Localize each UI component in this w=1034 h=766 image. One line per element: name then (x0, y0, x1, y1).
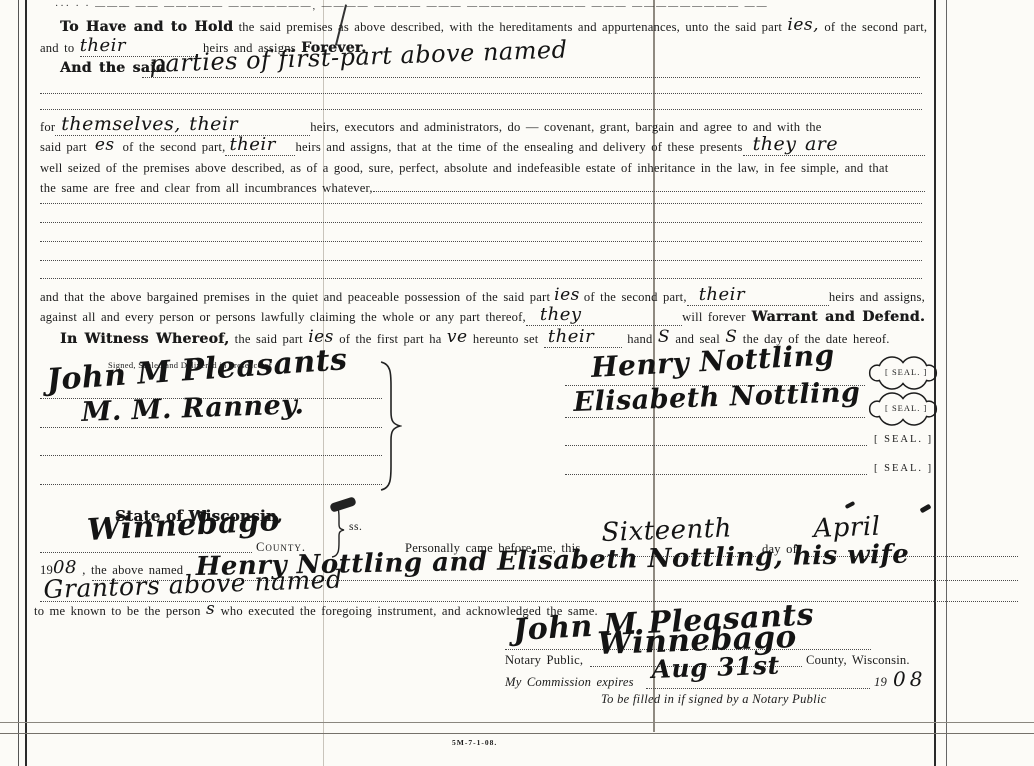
seal-label-3: [ SEAL. ] (874, 434, 933, 445)
hereunto-set-text: hereunto set (473, 332, 539, 346)
dotted-line (40, 600, 1018, 602)
notary-public-text: Notary Public, (505, 652, 583, 668)
notary-note-text: To be filled in if signed by a Notary Pu… (601, 692, 827, 707)
dotted-line (565, 416, 865, 418)
dotted-line (565, 473, 867, 475)
covenant-line-3: well seized of the premises above descri… (40, 160, 925, 176)
handwritten-commission-year: 08 (893, 668, 926, 690)
witness-brace (378, 360, 402, 492)
seal-label: [ SEAL. ] (885, 367, 927, 377)
handwritten-commission-date: Aug 31st (651, 652, 780, 684)
witness-signature-2: M. M. Ranney. (81, 390, 305, 428)
dotted-line (40, 240, 922, 242)
covenant-line-2: said part es of the second part, their h… (40, 139, 925, 156)
left-border-inner (25, 0, 27, 766)
habendum-line-1-text: the said premises as above described, wi… (239, 20, 783, 34)
warranty-line-1-text: and that the above bargained premises in… (40, 289, 550, 305)
dotted-line (565, 444, 867, 446)
dotted-line (40, 277, 922, 279)
dotted-line (142, 76, 920, 78)
bottom-rule-2 (0, 733, 1034, 734)
to-have-and-to-hold: To Have and to Hold (60, 19, 233, 35)
dotted-line (40, 92, 922, 94)
said-part-text-2: the said part (235, 332, 303, 346)
commission-expires-text: My Commission expires (505, 674, 634, 690)
warranty-line-2-text: against all and every person or persons … (40, 309, 526, 325)
printer-code: 5M-7-1-08. (452, 738, 497, 747)
second-part-text: of the second part, (123, 139, 226, 155)
fold-crease-left (323, 0, 324, 766)
dotted-line (40, 454, 382, 456)
warranty-line-1: and that the above bargained premises in… (40, 289, 925, 306)
warranty-line-2: against all and every person or persons … (40, 309, 925, 326)
said-part-text: said part (40, 139, 87, 155)
commission-year-printed: 19 (874, 674, 887, 690)
covenant-line-1-text: heirs, executors and administrators, do … (310, 119, 821, 135)
first-part-ha-text: of the first part ha (339, 332, 441, 346)
warranty-second-part-text: of the second part, (584, 289, 687, 305)
dotted-filler (373, 191, 925, 192)
ink-mark-1 (845, 501, 856, 509)
dotted-line (646, 687, 870, 689)
left-border-outer (18, 0, 19, 766)
ink-mark-2 (919, 504, 931, 514)
covenant-line-4-text: the same are free and clear from all inc… (40, 180, 373, 196)
dotted-line (40, 483, 382, 485)
handwritten-county-winnebago: Winnebago (86, 504, 281, 548)
bottom-rule-1 (0, 722, 1034, 723)
dotted-line (40, 108, 922, 110)
dotted-line (40, 221, 922, 223)
county-wisconsin-text: County, Wisconsin. (806, 652, 910, 668)
habendum-line-1: To Have and to Hold the said premises as… (40, 19, 925, 35)
heirs-and-assigns-text: heirs and assigns, (829, 289, 925, 305)
covenant-line-4: the same are free and clear from all inc… (40, 180, 925, 196)
seal-label-4: [ SEAL. ] (874, 463, 933, 474)
right-border-outer (946, 0, 947, 766)
known-text-1: to me known to be the person (34, 604, 201, 618)
dotted-line (40, 259, 922, 261)
for-text: for (40, 119, 55, 135)
will-forever-text: will forever (682, 309, 746, 325)
ss-label: ss. (349, 521, 362, 533)
covenant-line-2-text: heirs and assigns, that at the time of t… (295, 139, 742, 155)
hand-text: hand (627, 332, 652, 346)
handwritten-april: April (813, 512, 881, 544)
in-witness-whereof-text: In Witness Whereof, (60, 331, 229, 347)
top-cutoff-line: ··· · · ——— —— ————— ———————, ———— ———— … (55, 1, 905, 12)
dotted-line (40, 202, 922, 204)
seal-label: [ SEAL. ] (885, 403, 927, 413)
deed-page: ··· · · ——— —— ————— ———————, ———— ———— … (0, 0, 1034, 766)
warrant-and-defend-text: Warrant and Defend. (752, 309, 925, 325)
habendum-line-1-end: of the second part, (824, 20, 927, 34)
and-to-text: and to (40, 41, 74, 55)
dotted-line (40, 426, 382, 428)
seal-stamp-2: [ SEAL. ] (866, 390, 940, 433)
